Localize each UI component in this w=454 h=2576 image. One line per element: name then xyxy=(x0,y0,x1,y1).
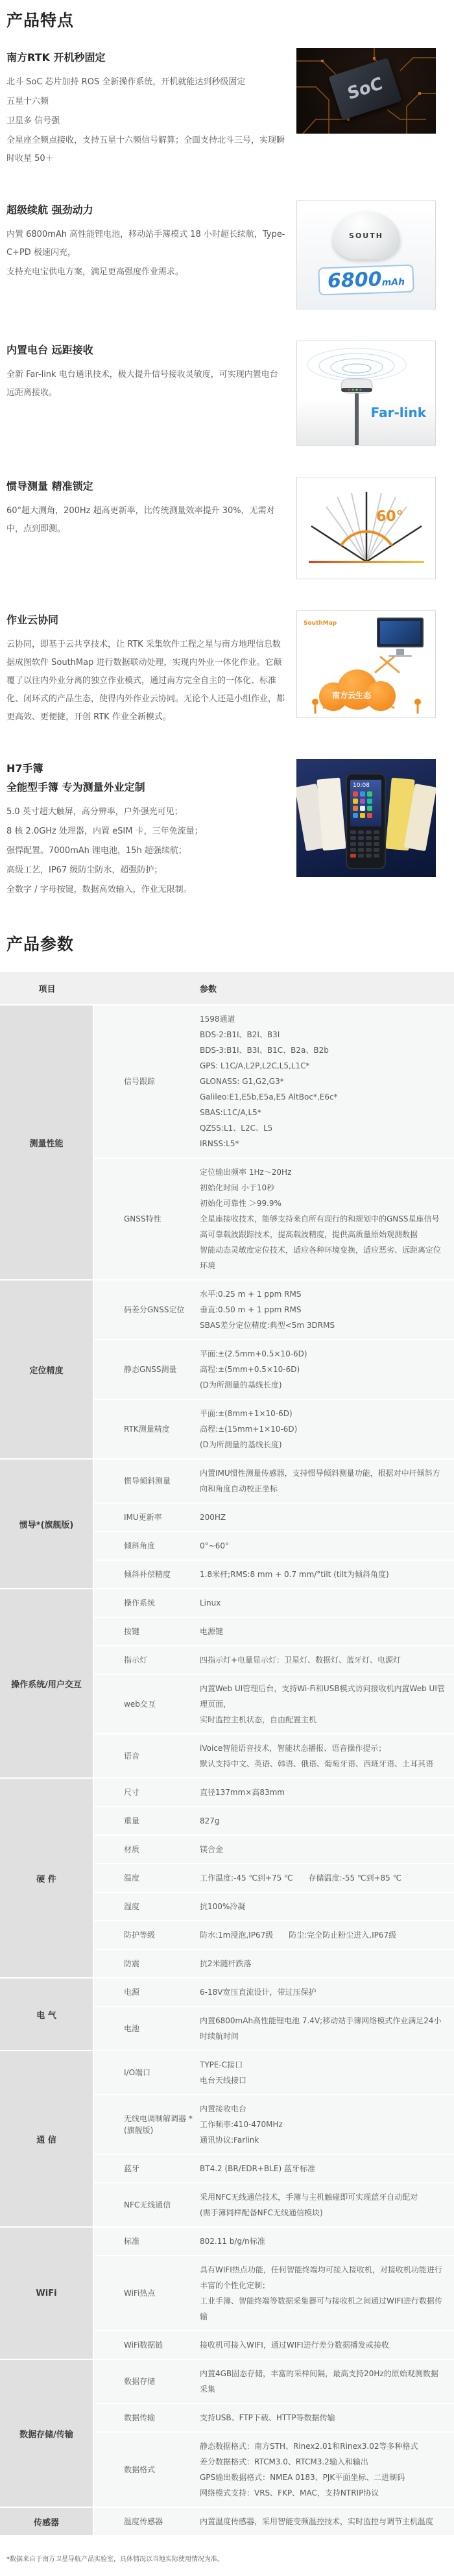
param-row: RTK测量精度平面:±(8mm+1×10-6D)高程:±(15mm+1×10-6… xyxy=(94,1400,454,1458)
param-value-line: 高程:±(15mm+1×10-6D) xyxy=(200,1421,445,1437)
param-value-line: iVoice智能语音技术，智能状态播报、语音操作提示； xyxy=(200,1740,445,1756)
param-value-line: 内置温度传感器，采用智能变频温控技术，实时监控与调节主机温度 xyxy=(200,2514,445,2529)
param-value-line: 802.11 b/g/n标准 xyxy=(200,2233,445,2249)
param-row: 倾斜角度0°~60° xyxy=(94,1532,454,1559)
param-label: 惯导倾斜测量 xyxy=(94,1460,200,1502)
param-group-rows: I/O端口TYPE-C接口电台天线接口无线电调制解调器 *(旗舰版)内置接收电台… xyxy=(94,2051,454,2226)
param-row: 温度工作温度:-45 ℃到+75 ℃ 存储温度:-55 ℃到+85 ℃ xyxy=(94,1864,454,1892)
param-value-line: 平面:±(2.5mm+0.5×10-6D) xyxy=(200,1346,445,1362)
param-label: 按键 xyxy=(94,1618,200,1645)
param-value: 平面:±(8mm+1×10-6D)高程:±(15mm+1×10-6D)(D为所测… xyxy=(200,1400,454,1458)
param-value-line: 工业手簿、智能终端等数据采集器可与接收机之间通过WIFI进行数据传输 xyxy=(200,2293,445,2324)
h7-keypad-graphic xyxy=(350,830,381,858)
param-group-name: 惯导*(旗舰版) xyxy=(0,1460,93,1588)
param-value-line: GPS: L1C/A,L2P,L2C,L5,L1C* xyxy=(200,1058,445,1074)
feature-text-line: 卫星多 信号强 xyxy=(6,112,285,130)
param-group-name: 数据存储/传输 xyxy=(0,2360,93,2507)
param-value-line: IRNSS:L5* xyxy=(200,1136,445,1151)
param-value-line: 直径137mm×高83mm xyxy=(200,1785,445,1800)
param-value-line: 827g xyxy=(200,1813,445,1829)
param-row: 操作系统Linux xyxy=(94,1589,454,1617)
param-label: 无线电调制解调器 *(旗舰版) xyxy=(94,2095,200,2154)
battery-capacity-unit: mAh xyxy=(381,277,405,288)
feature-body: 60°超大测角，200Hz 超高更新率，比传统测量效率提升 30%，无需对中，点… xyxy=(6,502,285,538)
param-value: 802.11 b/g/n标准 xyxy=(200,2228,454,2255)
param-group-rows: 尺寸直径137mm×高83mm重量827g材质镁合金温度工作温度:-45 ℃到+… xyxy=(94,1779,454,1977)
param-row: 码差分GNSS定位水平:0.25 m + 1 ppm RMS垂直:0.50 m … xyxy=(94,1281,454,1339)
param-label: WiFi数据链 xyxy=(94,2331,200,2359)
param-value: 内置接收电台工作频率:410-470MHz通讯协议:Farlink xyxy=(200,2095,454,2154)
param-group-rows: 温度传感器内置温度传感器，采用智能变频温控技术，实时监控与调节主机温度 xyxy=(94,2508,454,2535)
param-group: 电 气电源6-18V宽压直流设计，带过压保护电池内置6800mAh高性能锂电池 … xyxy=(0,1979,454,2050)
param-label: RTK测量精度 xyxy=(94,1400,200,1458)
param-row: 电池内置6800mAh高性能锂电池 7.4V;移动站手簿网络模式作业满足24小时… xyxy=(94,2007,454,2050)
param-label: 防震 xyxy=(94,1950,200,1977)
param-value-line: (D为所测量的基线长度) xyxy=(200,1377,445,1393)
param-label: 温度传感器 xyxy=(94,2508,200,2535)
param-value: 定位输出频率 1Hz～20Hz初始化时间 小于10秒初始化可靠性 ＞99.9%全… xyxy=(200,1159,454,1279)
feature-title: 作业云协同 xyxy=(6,612,285,627)
cloud-ecosystem-label: 南方云生态 xyxy=(332,690,371,701)
param-label: 标准 xyxy=(94,2228,200,2255)
param-row: 数据传输支持USB、FTP下载、HTTP等数据传输 xyxy=(94,2404,454,2431)
param-label: 倾斜补偿精度 xyxy=(94,1561,200,1588)
battery-image: SOUTH 6800mAh xyxy=(296,200,436,309)
param-row: 防震抗2米随杆跌落 xyxy=(94,1950,454,1977)
param-row: 信号跟踪1598通道BDS-2:B1I、B2I、B3IBDS-3:B1I、B3I… xyxy=(94,1005,454,1157)
feature-title: 南方RTK 开机秒固定 xyxy=(6,49,285,64)
param-value-line: 默认支持中文、英语、韩语、俄语、葡萄牙语、西班牙语、土耳其语 xyxy=(200,1756,445,1772)
param-value-line: 工作温度:-45 ℃到+75 ℃ 存储温度:-55 ℃到+85 ℃ xyxy=(200,1870,445,1886)
param-value-line: 200HZ xyxy=(200,1510,445,1525)
param-group: 惯导*(旗舰版)惯导倾斜测量内置IMU惯性测量传感器，支持惯导倾斜测量功能，根据… xyxy=(0,1460,454,1588)
feature-subtitle: 全能型手簿 专为测量外业定制 xyxy=(6,779,285,794)
param-label: IMU更新率 xyxy=(94,1504,200,1531)
param-value-line: 电台天线接口 xyxy=(200,2073,445,2088)
param-value: 内置4GB固态存储，丰富的采样间隔，最高支持20Hz的原始观测数据采集 xyxy=(200,2360,454,2403)
feature-body: 北斗 SoC 芯片加持 ROS 全新操作系统，开机就能达到秒级固定五星十六频卫星… xyxy=(6,73,285,168)
param-row: 重量827g xyxy=(94,1807,454,1835)
param-group: 测量性能信号跟踪1598通道BDS-2:B1I、B2I、B3IBDS-3:B1I… xyxy=(0,1005,454,1279)
param-value-line: 防水:1m浸泡,IP67级 防尘:完全防止粉尘进入,IP67级 xyxy=(200,1927,445,1943)
param-group-rows: 操作系统Linux按键电源键指示灯四指示灯+电量显示灯：卫星灯、数据灯、蓝牙灯、… xyxy=(94,1589,454,1777)
param-group-rows: 电源6-18V宽压直流设计，带过压保护电池内置6800mAh高性能锂电池 7.4… xyxy=(94,1979,454,2050)
param-value-line: 垂直:0.50 m + 1 ppm RMS xyxy=(200,1302,445,1318)
param-row: 指示灯四指示灯+电量显示灯：卫星灯、数据灯、蓝牙灯、电源灯 xyxy=(94,1646,454,1674)
param-label: 重量 xyxy=(94,1807,200,1835)
param-row: 标准802.11 b/g/n标准 xyxy=(94,2228,454,2255)
param-value: Linux xyxy=(200,1589,454,1617)
param-row: 电源6-18V宽压直流设计，带过压保护 xyxy=(94,1979,454,2006)
soc-chip-image: SoC xyxy=(296,48,436,134)
param-group-name: 电 气 xyxy=(0,1979,93,2050)
param-value-line: 1598通道 xyxy=(200,1011,445,1027)
param-label: 湿度 xyxy=(94,1893,200,1920)
param-value-line: 抗2米随杆跌落 xyxy=(200,1956,445,1971)
param-group-rows: 数据存储内置4GB固态存储，丰富的采样间隔，最高支持20Hz的原始观测数据采集数… xyxy=(94,2360,454,2507)
param-group-name: 操作系统/用户交互 xyxy=(0,1589,93,1777)
param-value-line: 高程:±(5mm+0.5×10-6D) xyxy=(200,1362,445,1377)
param-value-line: 智能动态灵敏度定位技术，适应各种环境变换，适应恶劣、远距离定位环境 xyxy=(200,1242,445,1273)
feature-soc: 南方RTK 开机秒固定 北斗 SoC 芯片加持 ROS 全新操作系统，开机就能达… xyxy=(6,48,436,169)
param-label: WiFi热点 xyxy=(94,2256,200,2330)
feature-text-line: 北斗 SoC 芯片加持 ROS 全新操作系统，开机就能达到秒级固定 xyxy=(6,73,285,91)
param-value: 827g xyxy=(200,1807,454,1835)
param-value-line: 采用NFC无线通信技术，手簿与主机触碰即可实现蓝牙自动配对 xyxy=(200,2189,445,2205)
param-value: 1598通道BDS-2:B1I、B2I、B3IBDS-3:B1I、B3I、B1C… xyxy=(200,1005,454,1157)
param-group-name: WiFi xyxy=(0,2228,93,2359)
param-value: 四指示灯+电量显示灯：卫星灯、数据灯、蓝牙灯、电源灯 xyxy=(200,1646,454,1674)
feature-imu: 惯导测量 精准锁定 60°超大测角，200Hz 超高更新率，比传统测量效率提升 … xyxy=(6,477,436,579)
param-group: 硬 件尺寸直径137mm×高83mm重量827g材质镁合金温度工作温度:-45 … xyxy=(0,1779,454,1977)
param-value-line: BDS-2:B1I、B2I、B3I xyxy=(200,1027,445,1042)
param-row: 数据存储内置4GB固态存储，丰富的采样间隔，最高支持20Hz的原始观测数据采集 xyxy=(94,2360,454,2403)
param-value-line: 定位输出频率 1Hz～20Hz xyxy=(200,1164,445,1180)
h7-controller-image: 10:08 xyxy=(296,759,436,877)
param-label: 数据传输 xyxy=(94,2404,200,2431)
param-value-line: 平面:±(8mm+1×10-6D) xyxy=(200,1406,445,1421)
feature-title: 惯导测量 精准锁定 xyxy=(6,478,285,493)
param-value: 抗100%冷凝 xyxy=(200,1893,454,1920)
param-group: 通 信I/O端口TYPE-C接口电台天线接口无线电调制解调器 *(旗舰版)内置接… xyxy=(0,2051,454,2226)
param-value-line: GPS输出数据格式：NMEA 0183、PJK平面坐标、二进制码 xyxy=(200,2470,445,2485)
param-value: 电源键 xyxy=(200,1618,454,1645)
param-value-line: 电源键 xyxy=(200,1624,445,1639)
param-value-line: 静态数据格式：南方STH、Rinex2.01和Rinex3.02等多种格式 xyxy=(200,2438,445,2454)
param-row: 材质镁合金 xyxy=(94,1836,454,1863)
battery-capacity-value: 6800 xyxy=(327,268,382,293)
param-label: 操作系统 xyxy=(94,1589,200,1617)
param-value-line: SBAS:L1C/A,L5* xyxy=(200,1105,445,1120)
param-label: NFC无线通信 xyxy=(94,2184,200,2226)
feature-title: 超级续航 强劲动力 xyxy=(6,202,285,217)
param-value: 防水:1m浸泡,IP67级 防尘:完全防止粉尘进入,IP67级 xyxy=(200,1921,454,1949)
param-label: 材质 xyxy=(94,1836,200,1863)
param-value-line: SBAS差分定位精度:典型<5m 3DRMS xyxy=(200,1318,445,1333)
param-value: 镁合金 xyxy=(200,1836,454,1863)
param-value-line: TYPE-C接口 xyxy=(200,2057,445,2073)
param-value-line: 初始化可靠性 ＞99.9% xyxy=(200,1196,445,1211)
farlink-label: Far-link xyxy=(371,405,426,420)
param-group-rows: 信号跟踪1598通道BDS-2:B1I、B2I、B3IBDS-3:B1I、B3I… xyxy=(94,1005,454,1279)
param-row: web交互内置Web UI管理后台，支持Wi-Fi和USB模式访问接收机内置We… xyxy=(94,1675,454,1733)
param-value: 静态数据格式：南方STH、Rinex2.01和Rinex3.02等多种格式差分数… xyxy=(200,2433,454,2507)
param-group: 操作系统/用户交互操作系统Linux按键电源键指示灯四指示灯+电量显示灯：卫星灯… xyxy=(0,1589,454,1777)
param-group-name: 测量性能 xyxy=(0,1005,93,1279)
param-group-name: 传感器 xyxy=(0,2508,93,2535)
feature-text-line: 五星十六频 xyxy=(6,93,285,111)
feature-radio: 内置电台 远距接收 全新 Far-link 电台通讯技术，极大提升信号接收灵敏度… xyxy=(6,341,436,446)
param-group-rows: 码差分GNSS定位水平:0.25 m + 1 ppm RMS垂直:0.50 m … xyxy=(94,1281,454,1458)
param-group: 传感器温度传感器内置温度传感器，采用智能变频温控技术，实时监控与调节主机温度 xyxy=(0,2508,454,2535)
param-label: 尺寸 xyxy=(94,1779,200,1806)
param-value-line: Galileo:E1,E5b,E5a,E5 AltBoc*,E6c* xyxy=(200,1089,445,1105)
param-label: 温度 xyxy=(94,1864,200,1892)
param-value-line: BT4.2 (BR/EDR+BLE) 蓝牙标准 xyxy=(200,2161,445,2176)
param-value: 接收机可接入WIFI，通过WIFI进行差分数据播发或接收 xyxy=(200,2331,454,2359)
param-label: 信号跟踪 xyxy=(94,1005,200,1157)
params-table-header: 项目 参数 xyxy=(0,972,454,1004)
param-value-line: BDS-3:B1I、B3I、B1C、B2a、B2b xyxy=(200,1042,445,1058)
h7-clock: 10:08 xyxy=(350,780,381,790)
feature-text-line: 高级工艺，IP67 级防尘防水，超强防护； xyxy=(6,861,285,880)
param-value-line: (需手簿同样配备NFC无线通信模块) xyxy=(200,2205,445,2221)
tilt-fan-graphic xyxy=(297,477,436,579)
param-value-line: 全星座接收技术，能够支持来自所有现行的和规划中的GNSS星座信号 xyxy=(200,1211,445,1227)
footnote: *数据来自于南方卫星导航产品实验室，具体情况以当地实际使用情况为准。 xyxy=(0,2536,454,2563)
receiver-graphic: SOUTH xyxy=(333,211,400,259)
param-label: 防护等级 xyxy=(94,1921,200,1949)
param-row: 按键电源键 xyxy=(94,1618,454,1645)
param-row: 静态GNSS测量平面:±(2.5mm+0.5×10-6D)高程:±(5mm+0.… xyxy=(94,1340,454,1399)
farlink-image: Far-link xyxy=(296,341,436,446)
param-value: 水平:0.25 m + 1 ppm RMS垂直:0.50 m + 1 ppm R… xyxy=(200,1281,454,1339)
param-value: 200HZ xyxy=(200,1504,454,1531)
soc-chip-label: SoC xyxy=(346,74,384,104)
feature-text-line: 60°超大测角，200Hz 超高更新率，比传统测量效率提升 30%，无需对中，点… xyxy=(6,502,285,538)
param-value-line: 水平:0.25 m + 1 ppm RMS xyxy=(200,1286,445,1302)
tilt-angle-label: 60° xyxy=(376,509,403,525)
params-table-body: 测量性能信号跟踪1598通道BDS-2:B1I、B2I、B3IBDS-3:B1I… xyxy=(0,1005,454,2535)
param-label: GNSS特性 xyxy=(94,1159,200,1279)
feature-text-line: 支持充电宝供电方案，满足更高强度作业需求。 xyxy=(6,263,285,282)
header-param-column: 参数 xyxy=(200,982,217,994)
params-table: 项目 参数 测量性能信号跟踪1598通道BDS-2:B1I、B2I、B3IBDS… xyxy=(0,972,454,2535)
param-label: 电池 xyxy=(94,2007,200,2050)
param-value: 抗2米随杆跌落 xyxy=(200,1950,454,1977)
param-value-line: 0°~60° xyxy=(200,1538,445,1554)
param-value-line: 接收机可接入WIFI，通过WIFI进行差分数据播发或接收 xyxy=(200,2337,445,2353)
param-row: NFC无线通信采用NFC无线通信技术，手簿与主机触碰即可实现蓝牙自动配对(需手簿… xyxy=(94,2184,454,2226)
feature-text-line: 全数字 / 字母按键，数据高效输入，作业无限制。 xyxy=(6,881,285,899)
param-value-line: 6-18V宽压直流设计，带过压保护 xyxy=(200,1984,445,2000)
header-item-column: 项目 xyxy=(0,982,94,994)
param-value-line: 内置接收电台 xyxy=(200,2101,445,2117)
param-value-line: 内置4GB固态存储，丰富的采样间隔，最高支持20Hz的原始观测数据采集 xyxy=(200,2366,445,2397)
param-value-line: 具有WIFI热点功能，任何智能终端均可接入接收机，对接收机功能进行丰富的个性化定… xyxy=(200,2262,445,2293)
params-section: 产品参数 项目 参数 测量性能信号跟踪1598通道BDS-2:B1I、B2I、B… xyxy=(0,932,454,2563)
tilt-angle-image: 60° xyxy=(296,477,436,579)
param-row: 尺寸直径137mm×高83mm xyxy=(94,1779,454,1806)
param-value: 6-18V宽压直流设计，带过压保护 xyxy=(200,1979,454,2006)
feature-text-line: 全星座全频点接收，支持五星十六频信号解算；全面支持北斗三号，实现瞬时收星 50＋ xyxy=(6,132,285,168)
param-value-line: 差分数据格式：RTCM3.0、RTCM3.2输入和输出 xyxy=(200,2454,445,2470)
features-list: 南方RTK 开机秒固定 北斗 SoC 芯片加持 ROS 全新操作系统，开机就能达… xyxy=(0,48,454,900)
param-group-name: 通 信 xyxy=(0,2051,93,2226)
param-group: WiFi标准802.11 b/g/n标准WiFi热点具有WIFI热点功能，任何智… xyxy=(0,2228,454,2359)
param-value-line: (D为所测量的基线长度) xyxy=(200,1437,445,1452)
feature-text-line: 8 核 2.0GHz 处理器，内置 eSIM 卡，三年免流量； xyxy=(6,823,285,841)
receiver-brand-label: SOUTH xyxy=(349,232,383,240)
param-value: iVoice智能语音技术，智能状态播报、语音操作提示；默认支持中文、英语、韩语、… xyxy=(200,1735,454,1777)
feature-text-line: 云协同，即基于云共享技术，让 RTK 采集软件工程之星与南方地理信息数据成图软件… xyxy=(6,636,285,727)
param-row: WiFi热点具有WIFI热点功能，任何智能终端均可接入接收机，对接收机功能进行丰… xyxy=(94,2256,454,2330)
param-value: 内置6800mAh高性能锂电池 7.4V;移动站手簿网络模式作业满足24小时续航… xyxy=(200,2007,454,2050)
param-value-line: 高可靠载波跟踪技术，提高载波精度，提供高质量原始观测数据 xyxy=(200,1227,445,1242)
feature-text-line: 内置 6800mAh 高性能锂电池，移动站手簿模式 18 小时超长续航，Type… xyxy=(6,226,285,262)
param-value-line: 网络模式支持：VRS、FKP、MAC，支持NTRIP协议 xyxy=(200,2485,445,2501)
param-value: 内置IMU惯性测量传感器，支持惯导倾斜测量功能，根据对中杆倾斜方向和角度自动校正… xyxy=(200,1460,454,1502)
param-row: 数据格式静态数据格式：南方STH、Rinex2.01和Rinex3.02等多种格… xyxy=(94,2433,454,2507)
param-label: 码差分GNSS定位 xyxy=(94,1281,200,1339)
feature-text-line: 全新 Far-link 电台通讯技术，极大提升信号接收灵敏度，可实现内置电台远距… xyxy=(6,366,285,402)
param-row: 湿度抗100%冷凝 xyxy=(94,1893,454,1920)
param-value-line: 支持USB、FTP下载、HTTP等数据传输 xyxy=(200,2410,445,2426)
param-label: web交互 xyxy=(94,1675,200,1733)
param-value-line: Linux xyxy=(200,1595,445,1611)
param-group-rows: 惯导倾斜测量内置IMU惯性测量传感器，支持惯导倾斜测量功能，根据对中杆倾斜方向和… xyxy=(94,1460,454,1588)
param-value: BT4.2 (BR/EDR+BLE) 蓝牙标准 xyxy=(200,2155,454,2182)
param-group: 数据存储/传输数据存储内置4GB固态存储，丰富的采样间隔，最高支持20Hz的原始… xyxy=(0,2360,454,2507)
signal-ripples-graphic xyxy=(297,341,436,446)
product-page: 产品特点 南方RTK 开机秒固定 北斗 SoC 芯片加持 ROS 全新操作系统，… xyxy=(0,0,454,2576)
param-label: 蓝牙 xyxy=(94,2155,200,2182)
param-label: 电源 xyxy=(94,1979,200,2006)
param-value: 支持USB、FTP下载、HTTP等数据传输 xyxy=(200,2404,454,2431)
param-label: 语音 xyxy=(94,1735,200,1777)
param-group-name: 硬 件 xyxy=(0,1779,93,1977)
param-row: 无线电调制解调器 *(旗舰版)内置接收电台工作频率:410-470MHz通讯协议… xyxy=(94,2095,454,2154)
feature-h7: H7手簿 全能型手簿 专为测量外业定制 5.0 英寸超大触屏，高分辨率，户外强光… xyxy=(6,759,436,900)
param-group-name: 定位精度 xyxy=(0,1281,93,1458)
feature-body: 内置 6800mAh 高性能锂电池，移动站手簿模式 18 小时超长续航，Type… xyxy=(6,226,285,282)
feature-body: 云协同，即基于云共享技术，让 RTK 采集软件工程之星与南方地理信息数据成图软件… xyxy=(6,636,285,727)
param-label: 静态GNSS测量 xyxy=(94,1340,200,1399)
param-row: GNSS特性定位输出频率 1Hz～20Hz初始化时间 小于10秒初始化可靠性 ＞… xyxy=(94,1159,454,1279)
param-value: 直径137mm×高83mm xyxy=(200,1779,454,1806)
feature-text-line: 强悍配置。7000mAh 锂电池，15h 超强续航； xyxy=(6,842,285,860)
feature-cloud: 作业云协同 云协同，即基于云共享技术，让 RTK 采集软件工程之星与南方地理信息… xyxy=(6,610,436,728)
param-value-line: 初始化时间 小于10秒 xyxy=(200,1180,445,1196)
param-value-line: 工作频率:410-470MHz xyxy=(200,2117,445,2132)
param-value-line: 内置6800mAh高性能锂电池 7.4V;移动站手簿网络模式作业满足24小时续航… xyxy=(200,2013,445,2044)
feature-body: 5.0 英寸超大触屏，高分辨率，户外强光可见；8 核 2.0GHz 处理器，内置… xyxy=(6,803,285,899)
param-row: 蓝牙BT4.2 (BR/EDR+BLE) 蓝牙标准 xyxy=(94,2155,454,2182)
param-value-line: 内置Web UI管理后台，支持Wi-Fi和USB模式访问接收机内置Web UI管… xyxy=(200,1681,445,1712)
feature-text-line: 5.0 英寸超大触屏，高分辨率，户外强光可见； xyxy=(6,803,285,821)
param-value-line: QZSS:L1、L2C、L5 xyxy=(200,1120,445,1136)
feature-title: H7手簿 xyxy=(6,760,285,775)
battery-capacity-badge: 6800mAh xyxy=(318,264,414,295)
feature-title: 内置电台 远距接收 xyxy=(6,342,285,357)
param-value: 内置Web UI管理后台，支持Wi-Fi和USB模式访问接收机内置Web UI管… xyxy=(200,1675,454,1733)
param-row: IMU更新率200HZ xyxy=(94,1504,454,1531)
param-value-line: 四指示灯+电量显示灯：卫星灯、数据灯、蓝牙灯、电源灯 xyxy=(200,1652,445,1668)
param-row: 防护等级防水:1m浸泡,IP67级 防尘:完全防止粉尘进入,IP67级 xyxy=(94,1921,454,1949)
param-label: 数据格式 xyxy=(94,2433,200,2507)
param-value: 1.8米杆;RMS:8 mm + 0.7 mm/°tilt (tilt为倾斜角度… xyxy=(200,1561,454,1588)
param-value-line: 1.8米杆;RMS:8 mm + 0.7 mm/°tilt (tilt为倾斜角度… xyxy=(200,1567,445,1582)
param-label: 倾斜角度 xyxy=(94,1532,200,1559)
param-row: 惯导倾斜测量内置IMU惯性测量传感器，支持惯导倾斜测量功能，根据对中杆倾斜方向和… xyxy=(94,1460,454,1502)
param-row: I/O端口TYPE-C接口电台天线接口 xyxy=(94,2051,454,2094)
param-value-line: 抗100%冷凝 xyxy=(200,1899,445,1914)
param-value: 平面:±(2.5mm+0.5×10-6D)高程:±(5mm+0.5×10-6D)… xyxy=(200,1340,454,1399)
param-value: 0°~60° xyxy=(200,1532,454,1559)
param-value: 内置温度传感器，采用智能变频温控技术，实时监控与调节主机温度 xyxy=(200,2508,454,2535)
param-value-line: 通讯协议:Farlink xyxy=(200,2132,445,2148)
param-label: 数据存储 xyxy=(94,2360,200,2403)
param-row: WiFi数据链接收机可接入WIFI，通过WIFI进行差分数据播发或接收 xyxy=(94,2331,454,2359)
param-value: TYPE-C接口电台天线接口 xyxy=(200,2051,454,2094)
params-section-title: 产品参数 xyxy=(0,932,454,955)
param-value: 工作温度:-45 ℃到+75 ℃ 存储温度:-55 ℃到+85 ℃ xyxy=(200,1864,454,1892)
param-row: 倾斜补偿精度1.8米杆;RMS:8 mm + 0.7 mm/°tilt (til… xyxy=(94,1561,454,1588)
feature-battery: 超级续航 强劲动力 内置 6800mAh 高性能锂电池，移动站手簿模式 18 小… xyxy=(6,200,436,309)
h7-device-graphic: 10:08 xyxy=(346,773,386,869)
features-section-title: 产品特点 xyxy=(0,8,454,31)
param-group-rows: 标准802.11 b/g/n标准WiFi热点具有WIFI热点功能，任何智能终端均… xyxy=(94,2228,454,2359)
param-value-line: GLONASS: G1,G2,G3* xyxy=(200,1074,445,1089)
param-value-line: 内置IMU惯性测量传感器，支持惯导倾斜测量功能，根据对中杆倾斜方向和角度自动校正… xyxy=(200,1465,445,1497)
param-group: 定位精度码差分GNSS定位水平:0.25 m + 1 ppm RMS垂直:0.5… xyxy=(0,1281,454,1458)
param-label: I/O端口 xyxy=(94,2051,200,2094)
feature-body: 全新 Far-link 电台通讯技术，极大提升信号接收灵敏度，可实现内置电台远距… xyxy=(6,366,285,402)
param-value: 采用NFC无线通信技术，手簿与主机触碰即可实现蓝牙自动配对(需手簿同样配备NFC… xyxy=(200,2184,454,2226)
param-value: 具有WIFI热点功能，任何智能终端均可接入接收机，对接收机功能进行丰富的个性化定… xyxy=(200,2256,454,2330)
cloud-collaboration-image: SouthMap xyxy=(296,610,436,718)
param-label: 指示灯 xyxy=(94,1646,200,1674)
param-value-line: 实时监控主机状态，自由配置主机 xyxy=(200,1712,445,1727)
param-row: 语音iVoice智能语音技术，智能状态播报、语音操作提示；默认支持中文、英语、韩… xyxy=(94,1735,454,1777)
param-value-line: 镁合金 xyxy=(200,1842,445,1857)
param-row: 温度传感器内置温度传感器，采用智能变频温控技术，实时监控与调节主机温度 xyxy=(94,2508,454,2535)
